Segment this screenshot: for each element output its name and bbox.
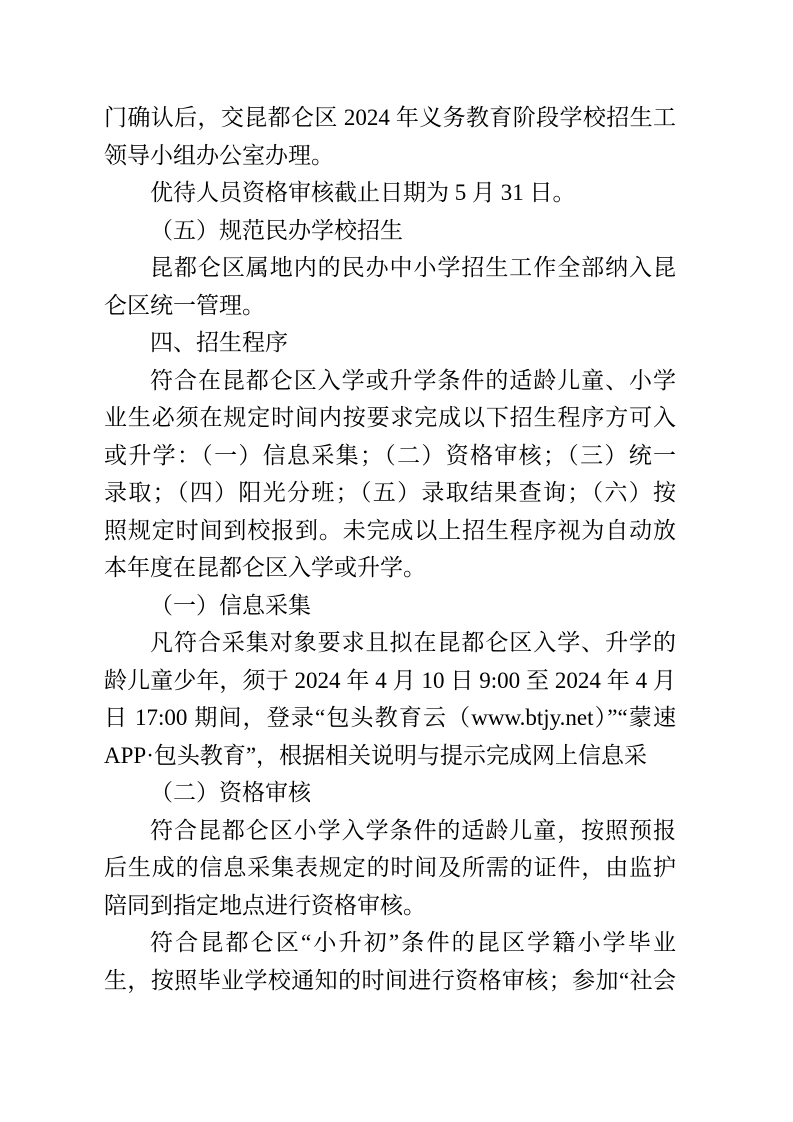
text-line: 符合昆都仑区“小升初”条件的昆区学籍小学毕业	[104, 924, 676, 962]
text-line: 后生成的信息采集表规定的时间及所需的证件，由监护人	[104, 849, 676, 887]
subsection-heading-1: （一）信息采集	[104, 587, 676, 625]
text-line: 日 17:00 期间，登录“包头教育云（www.btjy.net）”“蒙速办	[104, 699, 676, 737]
section-heading-5: （五）规范民办学校招生	[104, 212, 676, 250]
text-line: 龄儿童少年，须于 2024 年 4 月 10 日 9:00 至 2024 年 4…	[104, 662, 676, 700]
text-line: 符合昆都仑区小学入学条件的适龄儿童，按照预报名	[104, 812, 676, 850]
text-line: 门确认后，交昆都仑区 2024 年义务教育阶段学校招生工作	[104, 99, 676, 137]
text-line: 或升学：（一）信息采集；（二）资格审核；（三）统一	[104, 437, 676, 475]
document-page: 门确认后，交昆都仑区 2024 年义务教育阶段学校招生工作 领导小组办公室办理。…	[0, 0, 793, 1122]
text-line: 凡符合采集对象要求且拟在昆都仑区入学、升学的适	[104, 624, 676, 662]
text-line: 优待人员资格审核截止日期为 5 月 31 日。	[104, 174, 676, 212]
text-line: 照规定时间到校报到。未完成以上招生程序视为自动放弃	[104, 512, 676, 550]
text-line: 录取；（四）阳光分班；（五）录取结果查询；（六）按	[104, 474, 676, 512]
subsection-heading-2: （二）资格审核	[104, 774, 676, 812]
text-line: 生，按照毕业学校通知的时间进行资格审核；参加“社会	[104, 962, 676, 1000]
section-heading-4: 四、招生程序	[104, 324, 676, 362]
text-line: APP·包头教育”，根据相关说明与提示完成网上信息采集。	[104, 737, 676, 775]
document-body: 门确认后，交昆都仑区 2024 年义务教育阶段学校招生工作 领导小组办公室办理。…	[104, 99, 676, 999]
text-line: 本年度在昆都仑区入学或升学。	[104, 549, 676, 587]
text-line: 昆都仑区属地内的民办中小学招生工作全部纳入昆都	[104, 249, 676, 287]
text-line: 陪同到指定地点进行资格审核。	[104, 887, 676, 925]
text-line: 业生必须在规定时间内按要求完成以下招生程序方可入学	[104, 399, 676, 437]
text-line: 领导小组办公室办理。	[104, 137, 676, 175]
text-line: 仑区统一管理。	[104, 287, 676, 325]
text-line: 符合在昆都仑区入学或升学条件的适龄儿童、小学毕	[104, 362, 676, 400]
